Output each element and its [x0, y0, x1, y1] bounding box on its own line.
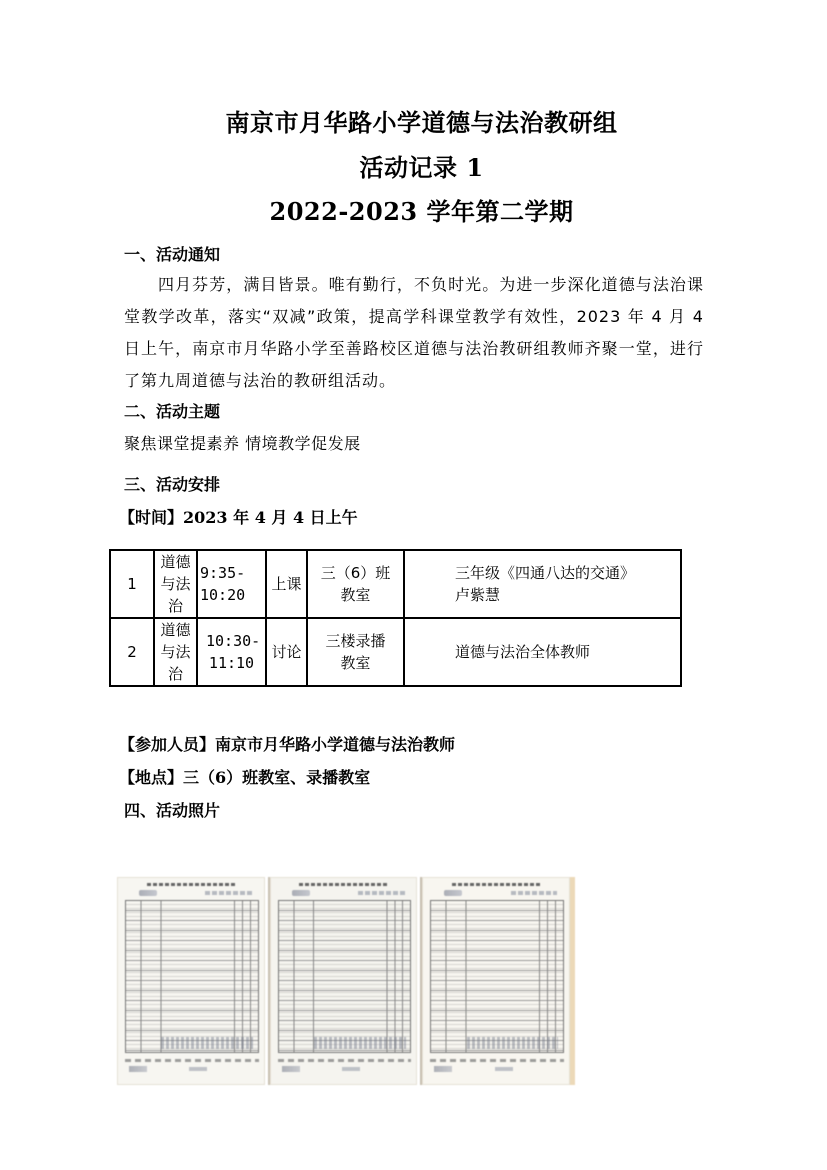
content-line: 道德与法治全体教师: [455, 641, 680, 663]
subject-cell: 道德与法治: [154, 550, 197, 618]
location-cell: 三楼录播教室: [307, 618, 404, 686]
handwritten-comment: [314, 1037, 406, 1049]
handwritten-name: [444, 890, 462, 896]
form-footer: [125, 1057, 259, 1077]
location-label: 【地点】: [119, 768, 183, 787]
type-cell: 上课: [266, 550, 307, 618]
time-value: 2023 年 4 月 4 日上午: [183, 508, 358, 527]
notice-paragraph: 四月芬芳，满目皆景。唯有勤行，不负时光。为进一步深化道德与法治课堂教学改革，落实…: [124, 269, 704, 397]
activity-photos: [117, 877, 575, 1085]
semester-title: 2022-2023 学年第二学期: [8, 197, 827, 227]
form-meta: [125, 890, 259, 898]
handwritten-lesson: [205, 891, 252, 895]
form-footer: [278, 1057, 412, 1077]
participants-value: 南京市月华路小学道德与法治教师: [215, 735, 455, 754]
handwritten-lesson: [511, 891, 558, 895]
form-grid: [125, 900, 259, 1053]
time-cell: 10:30-11:10: [197, 618, 266, 686]
type-cell: 讨论: [266, 618, 307, 686]
content-cell: 三年级《四通八达的交通》 卢紫慧: [404, 550, 681, 618]
location-line: 【地点】三（6）班教室、录播教室: [119, 767, 370, 789]
section-heading-notice: 一、活动通知: [124, 244, 220, 266]
evaluation-form-photo: [420, 877, 575, 1085]
form-header: [117, 882, 265, 887]
subject-cell: 道德与法治: [154, 618, 197, 686]
participants-line: 【参加人员】南京市月华路小学道德与法治教师: [119, 734, 455, 756]
theme-text: 聚焦课堂提素养 情境教学促发展: [124, 433, 361, 455]
section-heading-photos: 四、活动照片: [124, 800, 220, 822]
time-cell: 9:35-10:20: [197, 550, 266, 618]
form-header: [270, 882, 418, 887]
handwritten-lesson: [358, 891, 405, 895]
section-heading-arrangement: 三、活动安排: [124, 474, 220, 496]
time-line: 【时间】2023 年 4 月 4 日上午: [119, 507, 358, 529]
row-number: 1: [110, 550, 154, 618]
location-value: 三（6）班教室、录播教室: [183, 768, 370, 787]
table-row: 1 道德与法治 9:35-10:20 上课 三（6）班教室 三年级《四通八达的交…: [110, 550, 681, 618]
form-meta: [278, 890, 412, 898]
document-title: 南京市月华路小学道德与法治教研组: [8, 108, 827, 138]
handwritten-name: [292, 890, 310, 896]
section-heading-theme: 二、活动主题: [124, 401, 220, 423]
schedule-table: 1 道德与法治 9:35-10:20 上课 三（6）班教室 三年级《四通八达的交…: [109, 549, 682, 687]
document-subtitle: 活动记录 1: [8, 153, 827, 183]
form-footer: [430, 1057, 564, 1077]
time-label: 【时间】: [119, 508, 183, 527]
handwritten-comment: [161, 1037, 253, 1049]
location-cell: 三（6）班教室: [307, 550, 404, 618]
form-grid: [430, 900, 564, 1053]
form-grid: [278, 900, 412, 1053]
participants-label: 【参加人员】: [119, 735, 215, 754]
handwritten-comment: [467, 1037, 559, 1049]
table-row: 2 道德与法治 10:30-11:10 讨论 三楼录播教室 道德与法治全体教师: [110, 618, 681, 686]
form-meta: [430, 890, 564, 898]
evaluation-form-photo: [117, 877, 265, 1085]
handwritten-name: [139, 890, 157, 896]
form-header: [422, 882, 570, 887]
row-number: 2: [110, 618, 154, 686]
content-cell: 道德与法治全体教师: [404, 618, 681, 686]
content-line: 三年级《四通八达的交通》: [455, 562, 680, 584]
content-line: 卢紫慧: [455, 584, 680, 606]
evaluation-form-photo: [268, 877, 418, 1085]
